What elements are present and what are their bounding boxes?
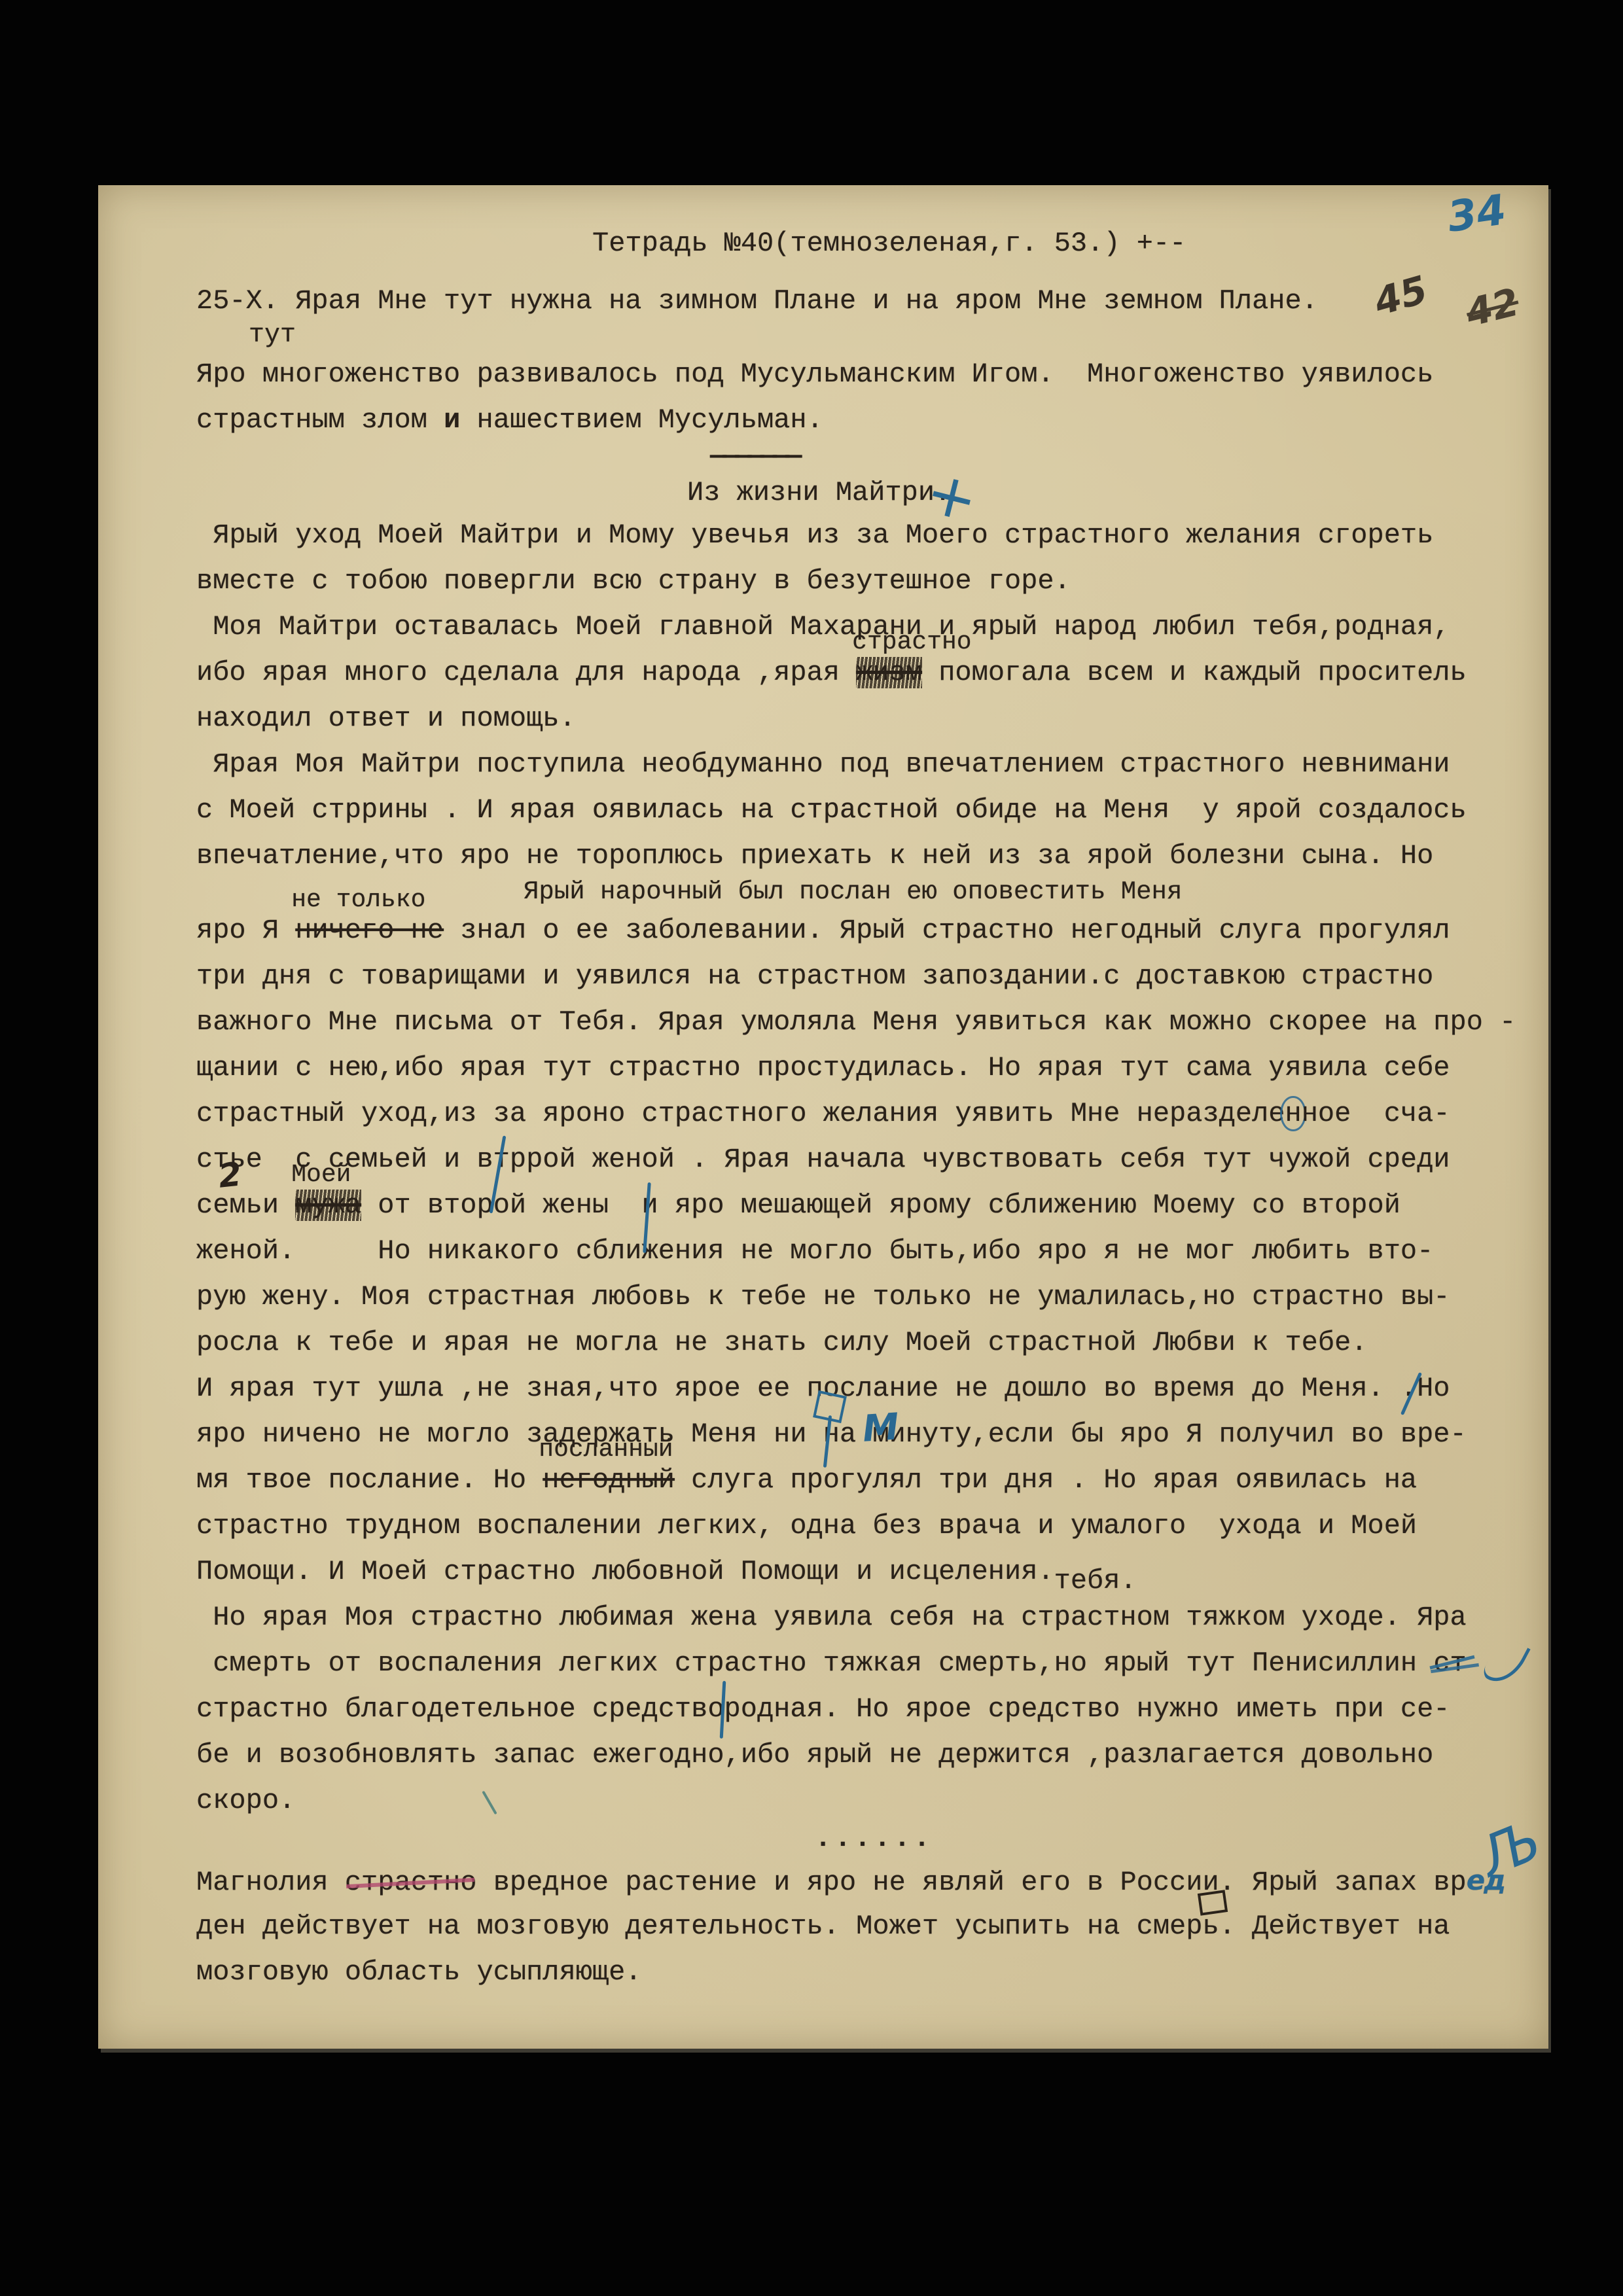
- text-segment: Ярый нарочный был послан ею оповестить М…: [524, 877, 1182, 906]
- corrected-word: страстножизм: [856, 650, 922, 696]
- text-segment: семьи: [196, 1190, 295, 1221]
- scanned-document-photo: Тетрадь №40(темнозеленая,г. 53.) +--25-Х…: [0, 0, 1623, 2296]
- typed-insert-above: Моей: [291, 1163, 351, 1188]
- text-segment: тут: [249, 321, 296, 350]
- text-segment: ———————: [710, 440, 798, 472]
- typed-insert-above: не только: [291, 888, 425, 913]
- text-segment: мя твое послание. Но: [196, 1464, 543, 1496]
- text-line: росла к тебе и ярая не могла не знать си…: [98, 1320, 1548, 1366]
- text-line: Ярая Моя Майтри поступила необдуманно по…: [98, 741, 1548, 787]
- text-segment: впечатление,что яро не тороплюсь приехат…: [196, 840, 1433, 872]
- text-line: страстно трудном воспалении легких, одна…: [98, 1503, 1548, 1549]
- marked-text: ед: [1467, 1864, 1505, 1896]
- text-segment: Моя Майтри оставалась Моей главной Махар…: [196, 611, 1450, 643]
- typewritten-page: Тетрадь №40(темнозеленая,г. 53.) +--25-Х…: [98, 185, 1548, 2049]
- text-segment: щании с нею,ибо ярая тут страстно просту…: [196, 1052, 1450, 1084]
- typed-insert-line: тут: [98, 324, 1548, 351]
- text-line: страстно благодетельное средствородная. …: [98, 1686, 1548, 1732]
- text-line: Моя Майтри оставалась Моей главной Махар…: [98, 604, 1548, 650]
- text-line: впечатление,что яро не тороплюсь приехат…: [98, 833, 1548, 879]
- corrected-word: посланныйнегодный: [543, 1457, 675, 1503]
- corrected-word: не тольконичего не: [295, 908, 444, 953]
- text-line: Но ярая Моя страстно любимая жена уявила…: [98, 1595, 1548, 1640]
- text-line: Магнолия страстно вредное растение и яро…: [98, 1858, 1548, 1903]
- text-line: мозговую область усыпляюще.: [98, 1949, 1548, 1995]
- text-segment: вредное растение и яро не являй его в Ро…: [476, 1867, 1466, 1898]
- marked-text: ст: [1433, 1648, 1466, 1679]
- text-segment: страстный уход,из за яроно страстного же…: [196, 1098, 1285, 1129]
- text-segment: Магнолия: [196, 1867, 345, 1898]
- text-segment: помогала всем и каждый проситель: [922, 657, 1467, 688]
- text-segment: бе и возобновлять запас ежегодно,ибо яры…: [196, 1739, 1433, 1771]
- typewritten-text-block: Тетрадь №40(темнозеленая,г. 53.) +--25-Х…: [98, 224, 1548, 1995]
- typed-insert-above: посланный: [539, 1438, 673, 1462]
- marked-text: страстно: [345, 1867, 477, 1898]
- text-segment: знал о ее заболевании. Ярый страстно нег…: [444, 915, 1450, 946]
- text-segment: страстно благодетельное средство: [196, 1693, 724, 1725]
- typed-insert-above: страстно: [852, 630, 971, 655]
- text-segment: Но ярая Моя страстно любимая жена уявила…: [196, 1602, 1467, 1633]
- text-segment: Помощи. И Моей страстно любовной Помощи …: [196, 1556, 1054, 1587]
- typed-divider: ———————: [98, 443, 1548, 473]
- text-line: Ярый уход Моей Майтри и Мому увечья из з…: [98, 512, 1548, 558]
- text-line: скоро.: [98, 1778, 1548, 1824]
- text-segment: родная. Но ярое средство нужно иметь при…: [724, 1693, 1450, 1725]
- corrected-word: Моеймужа: [295, 1182, 361, 1228]
- text-segment: ибо ярая много сделала для народа ,ярая: [196, 657, 856, 688]
- text-segment: ден действует на мозговую деятельность. …: [196, 1911, 1450, 1942]
- text-line: 25-Х. Ярая Мне тут нужна на зимном Плане…: [98, 278, 1548, 324]
- text-segment: скоро.: [196, 1785, 295, 1816]
- text-line: Яро многоженство развивалось под Мусульм…: [98, 351, 1548, 397]
- text-segment: Из жизни Майтри.: [687, 477, 951, 508]
- text-segment: стье с семьей и втррой женой . Ярая нача…: [196, 1144, 1450, 1175]
- text-segment: смерть от воспаления легких страстно тяж…: [196, 1648, 1433, 1679]
- text-segment: рую жену. Моя страстная любовь к тебе не…: [196, 1281, 1450, 1313]
- text-segment: женой. Но никакого сближения не могло бы…: [196, 1235, 1433, 1267]
- text-segment: И ярая тут ушла ,не зная,что ярое ее пос…: [196, 1373, 1450, 1404]
- text-segment: Яро многоженство развивалось под Мусульм…: [196, 359, 1433, 390]
- marked-text: и: [444, 404, 460, 436]
- notebook-title: Тетрадь №40(темнозеленая,г. 53.) +--: [98, 224, 1548, 262]
- text-line: бе и возобновлять запас ежегодно,ибо яры…: [98, 1732, 1548, 1778]
- text-line: яро ничено не могло задержать Меня ни на…: [98, 1411, 1548, 1457]
- text-segment: находил ответ и помощь.: [196, 703, 576, 734]
- text-line: важного Мне письма от Тебя. Ярая умоляла…: [98, 999, 1548, 1045]
- text-line: страстным злом и нашествием Мусульман.: [98, 397, 1548, 443]
- text-line: ибо ярая много сделала для народа ,ярая …: [98, 650, 1548, 696]
- text-line: семьи Моеймужа от второй жены и яро меша…: [98, 1182, 1548, 1228]
- text-line: яро Я не тольконичего не знал о ее забол…: [98, 908, 1548, 953]
- text-segment: вместе с тобою повергли всю страну в без…: [196, 565, 1071, 597]
- text-segment: страстно трудном воспалении легких, одна…: [196, 1510, 1417, 1542]
- text-line: вместе с тобою повергли всю страну в без…: [98, 558, 1548, 604]
- text-segment: Тетрадь №40(темнозеленая,г. 53.) +--: [592, 228, 1186, 259]
- text-segment: ное сча-: [1302, 1098, 1450, 1129]
- section-heading: Из жизни Майтри.: [98, 473, 1548, 512]
- text-line: смерть от воспаления легких страстно тяж…: [98, 1640, 1548, 1686]
- text-segment: слуга прогулял три дня . Но ярая оявилас…: [675, 1464, 1417, 1496]
- typed-dots-divider: ......: [98, 1824, 1548, 1858]
- text-segment: ......: [815, 1823, 933, 1854]
- text-line: находил ответ и помощь.: [98, 696, 1548, 741]
- text-line: И ярая тут ушла ,не зная,что ярое ее пос…: [98, 1366, 1548, 1411]
- text-segment: важного Мне письма от Тебя. Ярая умоляла…: [196, 1006, 1516, 1038]
- text-segment: мозговую область усыпляюще.: [196, 1956, 642, 1988]
- text-line: рую жену. Моя страстная любовь к тебе не…: [98, 1274, 1548, 1320]
- text-segment: росла к тебе и ярая не могла не знать си…: [196, 1327, 1368, 1358]
- text-segment: яро Я: [196, 915, 295, 946]
- text-line: три дня с товарищами и уявился на страст…: [98, 953, 1548, 999]
- text-line: мя твое послание. Но посланныйнегодный с…: [98, 1457, 1548, 1503]
- text-line: Помощи. И Моей страстно любовной Помощи …: [98, 1549, 1548, 1595]
- text-segment: от второй жены и яро мешающей ярому сбли…: [361, 1190, 1400, 1221]
- text-segment: Ярая Моя Майтри поступила необдуманно по…: [196, 749, 1450, 780]
- text-segment: яро ничено не могло задержать Меня ни на…: [196, 1419, 1467, 1450]
- text-line: страстный уход,из за яроно страстного же…: [98, 1091, 1548, 1137]
- text-segment: страстным злом: [196, 404, 444, 436]
- text-line: ден действует на мозговую деятельность. …: [98, 1903, 1548, 1949]
- text-line: женой. Но никакого сближения не могло бы…: [98, 1228, 1548, 1274]
- text-segment: Ярый уход Моей Майтри и Мому увечья из з…: [196, 520, 1433, 551]
- text-line: щании с нею,ибо ярая тут страстно просту…: [98, 1045, 1548, 1091]
- text-segment: нашествием Мусульман.: [460, 404, 823, 436]
- text-segment: 25-Х. Ярая Мне тут нужна на зимном Плане…: [196, 285, 1318, 317]
- text-line: с Моей стррины . И ярая оявилась на стра…: [98, 787, 1548, 833]
- text-segment: три дня с товарищами и уявился на страст…: [196, 961, 1433, 992]
- text-segment: с Моей стррины . И ярая оявилась на стра…: [196, 794, 1467, 826]
